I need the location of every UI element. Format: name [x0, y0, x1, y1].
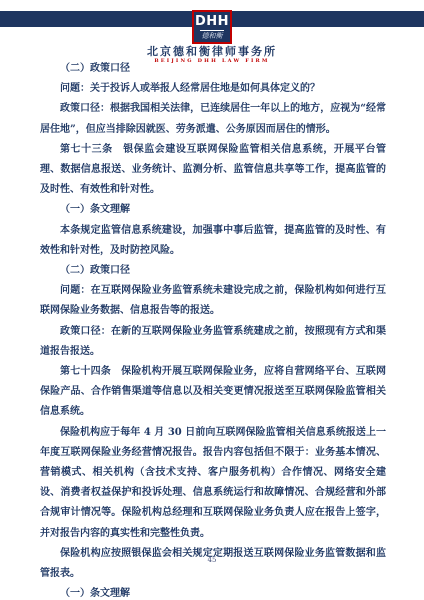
paragraph: 保险机构应按照银保监会相关规定定期报送互联网保险业务监管数据和监管报表。 [40, 544, 386, 584]
page-number: 45 [0, 556, 424, 564]
document-page: DHH 德和衡 北京德和衡律师事务所 BEIJING DHH LAW FIRM … [0, 0, 424, 600]
paragraph: 问题：关于投诉人或举报人经常居住地是如何具体定义的？ [40, 79, 386, 99]
firm-logo: DHH 德和衡 [192, 10, 232, 44]
section-heading: （二）政策口径 [40, 261, 386, 281]
paragraph: 保险机构应于每年 4 月 30 日前向互联网保险监管相关信息系统报送上一年度互联… [40, 423, 386, 544]
paragraph: 问题：在互联网保险业务监管系统未建设完成之前，保险机构如何进行互联网保险业务数据… [40, 281, 386, 321]
section-heading: （一）条文理解 [40, 584, 386, 600]
logo-acronym: DHH [195, 15, 229, 28]
paragraph: 第七十四条 保险机构开展互联网保险业务，应将自营网络平台、互联网保险产品、合作销… [40, 362, 386, 423]
logo-script-name: 德和衡 [202, 32, 223, 40]
firm-name-chinese: 北京德和衡律师事务所 [0, 46, 424, 58]
section-heading: （二）政策口径 [40, 59, 386, 79]
paragraph: 第七十三条 银保监会建设互联网保险监管相关信息系统，开展平台管理、数据信息报送、… [40, 140, 386, 201]
document-body: （二）政策口径 问题：关于投诉人或举报人经常居住地是如何具体定义的？ 政策口径：… [40, 59, 386, 600]
section-heading: （一）条文理解 [40, 200, 386, 220]
paragraph: 本条规定监管信息系统建设，加强事中事后监管，提高监管的及时性、有效性和针对性，及… [40, 221, 386, 261]
logo-divider [200, 30, 224, 31]
paragraph: 政策口径：在新的互联网保险业务监管系统建成之前，按照现有方式和渠道报告报送。 [40, 322, 386, 362]
paragraph: 政策口径：根据我国相关法律，已连续居住一年以上的地方，应视为“经常居住地”，但应… [40, 99, 386, 139]
